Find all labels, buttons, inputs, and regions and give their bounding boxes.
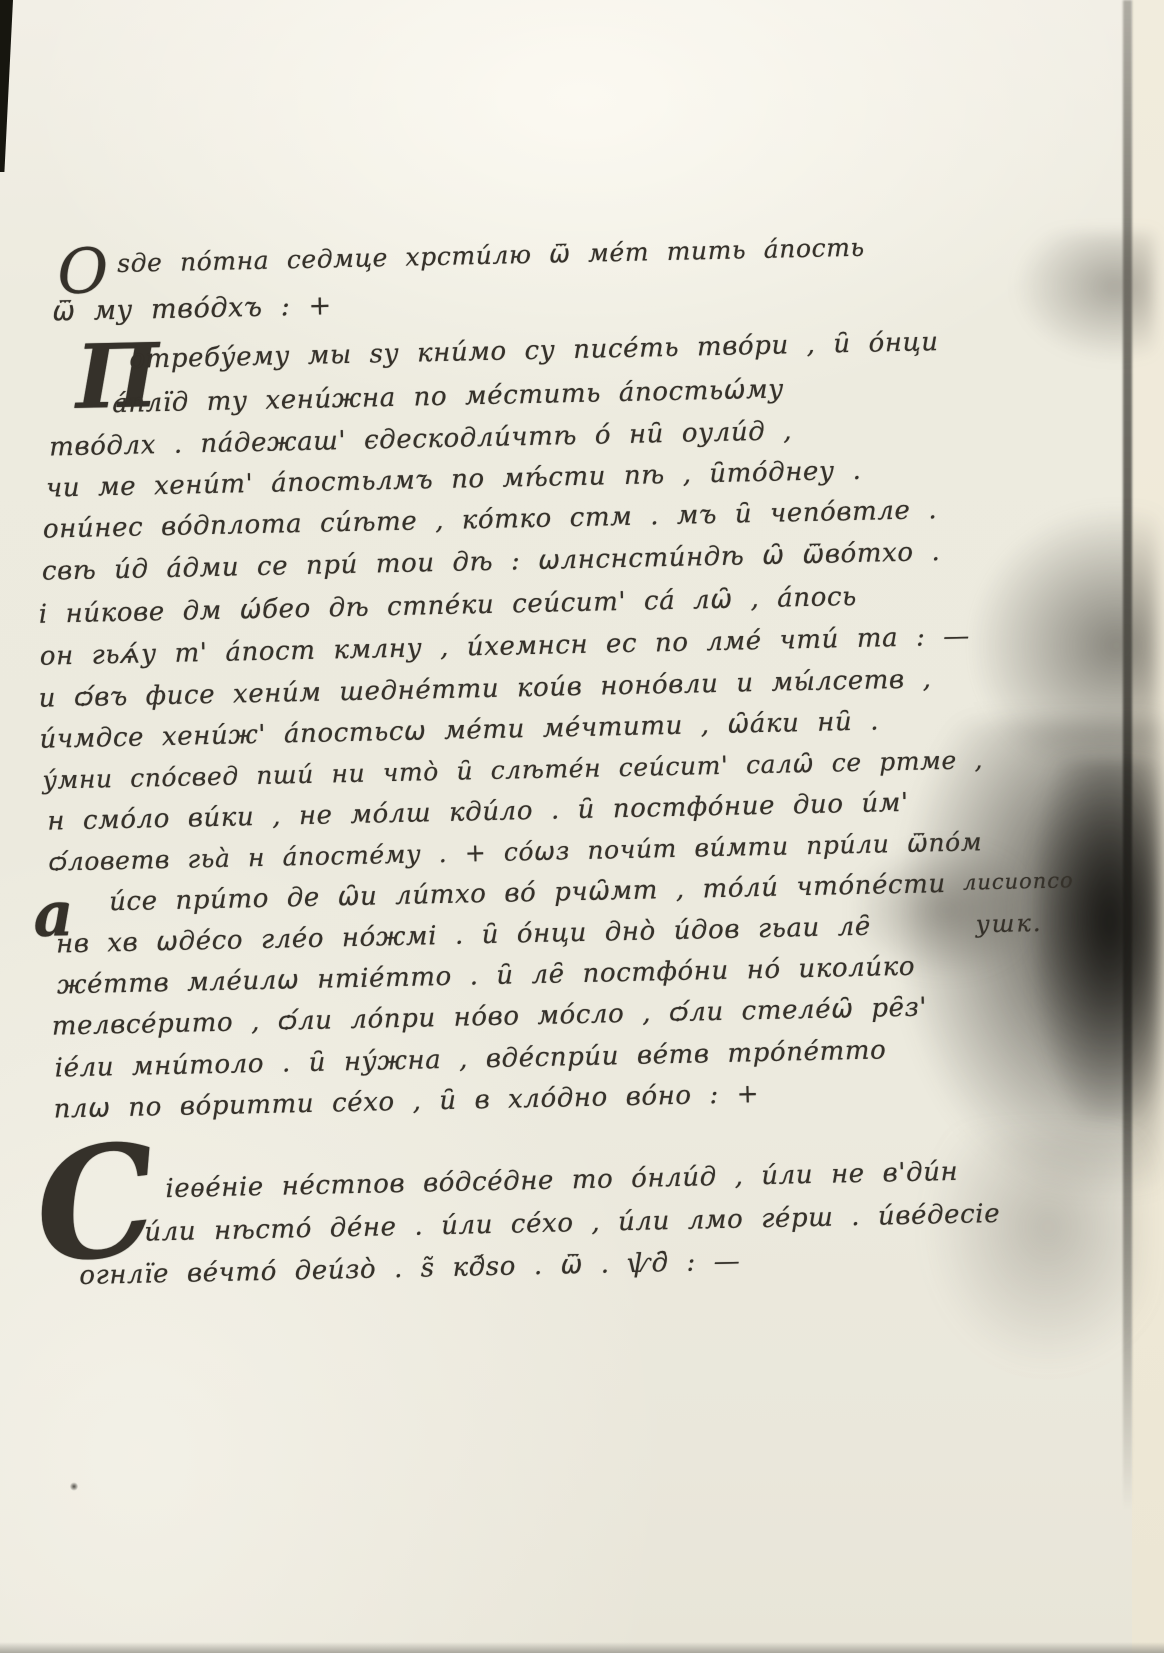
manuscript-line: свѣ и́д а́дми се при́ тои дѣ : ѡлнснсти́… [42,537,941,587]
manuscript-line: и́чмдсе хени́ж' а́постьсѡ ме́ти ме́чтити… [39,706,879,754]
manuscript-text-layer: О П а С ѕде по́тна седмце хрсти́лю ѿ ме́… [0,0,1164,1653]
manuscript-line: чи ме хени́т' а́постьлмъ по мѣ́сти пѣ , … [46,456,862,504]
manuscript-line: они́нес во́дплота си́ѣте , ко́тко стм . … [43,495,938,545]
manuscript-line: тво́длх . па́дежаш' єдескодли́чтѣ о́ ни̑… [49,416,792,462]
manuscript-line: отребу́ему мы ѕу кни́мо су писе́ть тво́р… [129,327,939,375]
manuscript-photo: О П а С ѕде по́тна седмце хрсти́лю ѿ ме́… [0,0,1164,1653]
manuscript-line: огнлїе ве́что́ деи́зо̀ . ѕ̃ кд́ѕо . ѿ . … [79,1247,741,1291]
manuscript-line: же́ттв мле́илѡ нтіе́тто . и̑ ле̑ постфо́… [57,952,916,1001]
manuscript-line: и ѻ́въ фисе хени́м шедне́тти кои́в ноно́… [38,664,931,713]
manuscript-line: и́се при́то де ѡ̑и ли́тхо во́ рчѡ̑мт , т… [109,869,946,917]
manuscript-line: н смо́ло ви́ки , не мо́лш кди́ло . и̑ по… [47,788,909,837]
manuscript-line: телвсе́рито , ѻ́ли ло́при но́во мо́сло ,… [52,992,928,1041]
manuscript-line: а́плїд ту хени́жна по ме́стить а́постьѡ́… [112,374,784,419]
manuscript-lines: ѕде по́тна седмце хрсти́лю ѿ ме́т тить а… [0,0,1157,2]
manuscript-line: у́мни спо́свед пши́ ни что̀ и̑ слѣте́н с… [42,745,983,795]
manuscript-line: ѿ му тво́дхъ : + [52,290,332,327]
margin-note: лисиопсо [963,868,1074,894]
manuscript-line: плѡ по во́ритти се́хо , и̑ в хло́дно во́… [53,1079,759,1124]
manuscript-line: и́ли нѣсто́ де́не . и́ли се́хо , и́ли лм… [144,1199,1000,1248]
drop-cap-o: О [57,243,109,300]
manuscript-line: ѻ́ловетв гьа̀ н а́посте́му . + со́ѡз поч… [48,827,982,876]
manuscript-line: он гьѧ́у т' а́пост кмлну , и́хемнсн ес п… [39,621,970,671]
drop-cap-s: С [29,1129,164,1278]
margin-note: ушк. [976,909,1043,938]
manuscript-line: нв хв ѡде́со гле́о но́жмі . и̑ о́нци дно… [56,912,871,960]
manuscript-line: ѕде по́тна седмце хрсти́лю ѿ ме́т тить а… [117,233,865,278]
manuscript-line: і ни́кове дм ѡ́бео дѣ стпе́ки сеи́сит' с… [39,582,858,630]
manuscript-line: іе́ли мни́толо . и̑ ну́жна , вде́спри́и … [54,1035,886,1083]
manuscript-line: іеѳе́ніе не́стпов во́дсе́дне то о́нли́д … [165,1157,958,1204]
